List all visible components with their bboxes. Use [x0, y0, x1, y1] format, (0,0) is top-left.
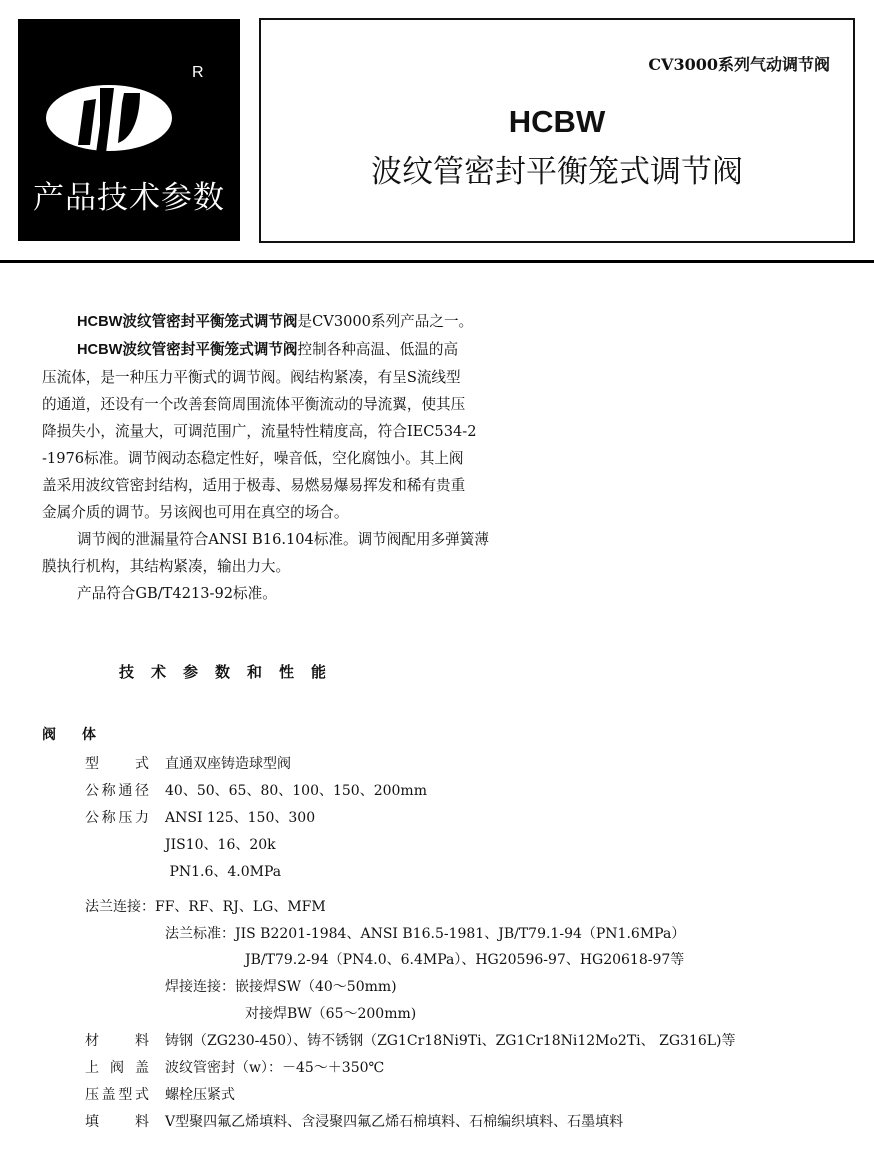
product-name: 波纹管密封平衡笼式调节阀: [259, 146, 855, 191]
intro-paragraph-1: HCBW波纹管密封平衡笼式调节阀是CV3000系列产品之一。: [42, 308, 542, 336]
spec-value: JIS B2201-1984、ANSI B16.5-1981、JB/T79.1-…: [235, 926, 685, 942]
registered-mark: R: [192, 64, 204, 82]
logo-caption: 产品技术参数: [18, 172, 240, 217]
intro-paragraph-2-line-6: 盖采用波纹管密封结构，适用于极毒、易燃易爆易挥发和稀有贵重: [42, 472, 542, 499]
intro-paragraph-2-line-1: HCBW波纹管密封平衡笼式调节阀控制各种高温、低温的高: [42, 336, 542, 364]
header-divider: [0, 260, 874, 263]
intro-paragraph-3-line-1: 调节阀的泄漏量符合ANSI B16.104标准。调节阀配用多弹簧薄: [42, 526, 542, 553]
intro-paragraph-2-line-4: 降损失小，流量大，可调范围广，流量特性精度高，符合IEC534-2: [42, 418, 542, 445]
intro-paragraph-2-line-7: 金属介质的调节。另该阀也可用在真空的场合。: [42, 499, 542, 526]
intro-paragraph-4: 产品符合GB/T4213-92标准。: [42, 580, 542, 607]
spec-value: 40、50、65、80、100、150、200mm: [165, 781, 427, 801]
paragraph-text: 控制各种高温、低温的高: [298, 341, 459, 358]
spec-value: 铸钢（ZG230-450）、铸不锈钢（ZG1Cr18Ni9Ti、ZG1Cr18N…: [165, 1031, 735, 1051]
spec-row-flange-standard-cont: JB/T79.2-94（PN4.0、6.4MPa）、HG20596-97、HG2…: [245, 950, 684, 970]
spec-row-nominal-diameter: 公称通径40、50、65、80、100、150、200mm: [85, 781, 427, 801]
spec-value: 嵌接焊SW（40～50mm): [235, 979, 397, 995]
intro-paragraph-2-line-3: 的通道，还设有一个改善套筒周围流体平衡流动的导流翼，使其压: [42, 391, 542, 418]
heading-char: 阀: [42, 727, 56, 743]
product-name-strong: HCBW波纹管密封平衡笼式调节阀: [77, 314, 298, 330]
spec-value: JB/T79.2-94（PN4.0、6.4MPa）、HG20596-97、HG2…: [245, 952, 684, 968]
spec-value: 波纹管密封（w）：－45～＋350℃: [165, 1058, 384, 1078]
spec-label: 公称通径: [85, 781, 149, 801]
spec-row-flange-standard: 法兰标准：JIS B2201-1984、ANSI B16.5-1981、JB/T…: [165, 924, 685, 944]
spec-row-packing: 填 料V型聚四氟乙烯填料、含浸聚四氟乙烯石棉填料、石棉编织填料、石墨填料: [85, 1112, 623, 1132]
spec-row-flange-connection: 法兰连接：FF、RF、RJ、LG、MFM: [85, 897, 326, 917]
spec-label: 公称压力: [85, 808, 149, 828]
intro-paragraph-2-line-2: 压流体，是一种压力平衡式的调节阀。阀结构紧凑，有呈S流线型: [42, 364, 542, 391]
spec-value: PN1.6、4.0MPa: [165, 864, 281, 880]
valve-body-heading: 阀体: [42, 724, 96, 744]
spec-value: 直通双座铸造球型阀: [165, 754, 291, 774]
spec-value: 对接焊BW（65～200mm): [245, 1006, 416, 1022]
spec-row-nominal-pressure: 公称压力ANSI 125、150、300: [85, 808, 315, 828]
paragraph-text: 是CV3000系列产品之一。: [298, 313, 474, 330]
spec-label: 法兰标准：: [165, 924, 235, 944]
brand-logo-icon: [44, 63, 174, 158]
spec-label: 填 料: [85, 1112, 149, 1132]
spec-value: FF、RF、RJ、LG、MFM: [155, 899, 326, 915]
spec-row-weld-connection: 焊接连接：嵌接焊SW（40～50mm): [165, 977, 397, 997]
spec-label: 法兰连接：: [85, 897, 155, 917]
spec-row-type: 型 式直通双座铸造球型阀: [85, 754, 291, 774]
spec-value: V型聚四氟乙烯填料、含浸聚四氟乙烯石棉填料、石棉编织填料、石墨填料: [165, 1112, 623, 1132]
heading-char: 体: [82, 727, 96, 743]
spec-value: 螺栓压紧式: [165, 1085, 235, 1105]
intro-paragraph-2-line-5: -1976标准。调节阀动态稳定性好，噪音低，空化腐蚀小。其上阀: [42, 445, 542, 472]
spec-row-pressure-pn: PN1.6、4.0MPa: [165, 862, 281, 882]
spec-row-pressure-jis: JIS10、16、20k: [165, 835, 276, 855]
spec-row-butt-weld: 对接焊BW（65～200mm): [245, 1004, 416, 1024]
series-label: CV3000系列气动调节阀: [648, 52, 830, 75]
model-code: HCBW: [259, 104, 855, 140]
spec-label: 型 式: [85, 754, 149, 774]
spec-row-bonnet: 上 阀 盖波纹管密封（w）：－45～＋350℃: [85, 1058, 384, 1078]
product-name-strong: HCBW波纹管密封平衡笼式调节阀: [77, 342, 298, 358]
intro-text: HCBW波纹管密封平衡笼式调节阀是CV3000系列产品之一。 HCBW波纹管密封…: [42, 308, 542, 607]
spec-value: ANSI 125、150、300: [165, 808, 315, 828]
spec-label: 压盖型式: [85, 1085, 149, 1105]
spec-label: 上 阀 盖: [85, 1058, 149, 1078]
spec-row-gland-type: 压盖型式螺栓压紧式: [85, 1085, 235, 1105]
spec-row-material: 材 料铸钢（ZG230-450）、铸不锈钢（ZG1Cr18Ni9Ti、ZG1Cr…: [85, 1031, 735, 1051]
intro-paragraph-3-line-2: 膜执行机构，其结构紧凑，输出力大。: [42, 553, 542, 580]
spec-label: 焊接连接：: [165, 977, 235, 997]
spec-label: 材 料: [85, 1031, 149, 1051]
spec-value: JIS10、16、20k: [165, 837, 276, 853]
section-title: 技术参数和性能: [119, 661, 343, 682]
